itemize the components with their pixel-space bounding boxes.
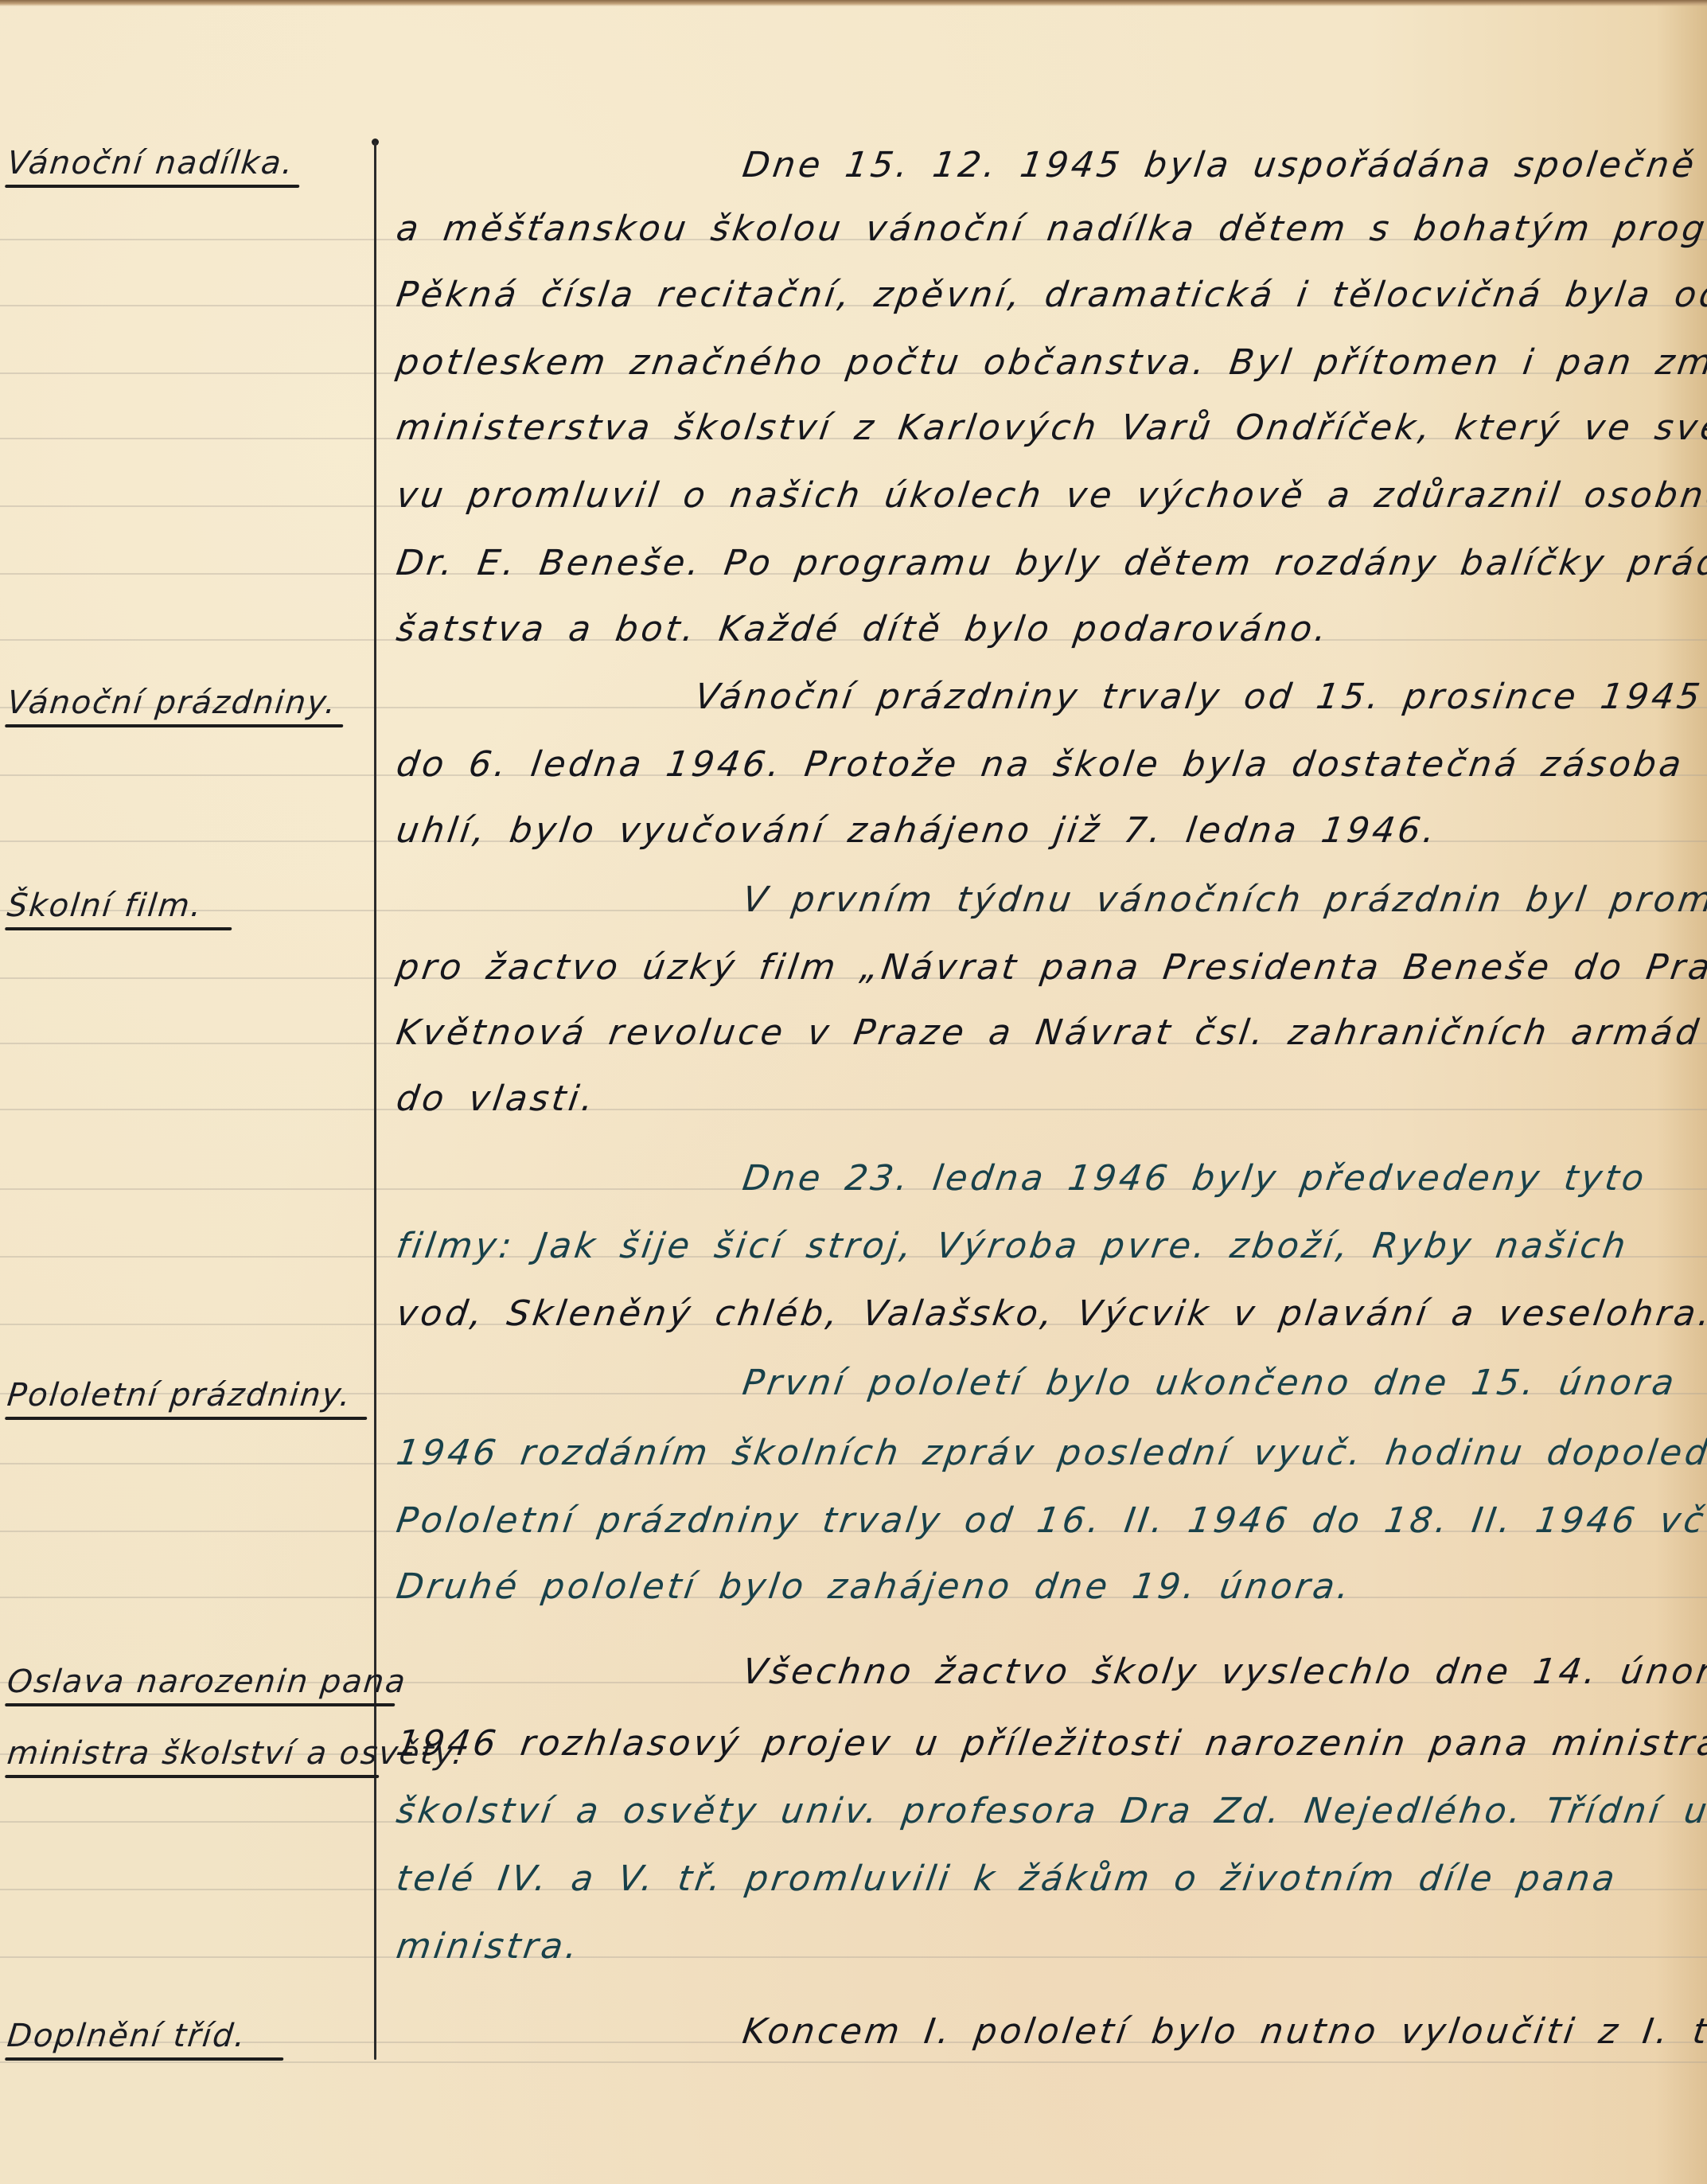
body-line: do 6. ledna 1946. Protože na škole byla … — [394, 744, 1687, 785]
ruled-line — [0, 1109, 1707, 1110]
body-line: do vlasti. — [394, 1078, 599, 1119]
body-line: školství a osvěty univ. profesora Dra Zd… — [394, 1791, 1707, 1831]
body-line: ministra. — [394, 1926, 583, 1967]
heading-minister-birthday-1: Oslava narozenin pana — [5, 1663, 408, 1706]
heading-text: Pololetní prázdniny. — [6, 1377, 353, 1414]
body-line: ministerstva školství z Karlových Varů O… — [394, 408, 1707, 448]
heading-christmas-gifts: Vánoční nadílka. — [5, 145, 304, 188]
body-line: Vánoční prázdniny trvaly od 15. prosince… — [692, 677, 1705, 717]
heading-underline — [5, 1775, 379, 1778]
heading-class-completion: Doplnění tříd. — [5, 2018, 288, 2061]
body-line: a měšťanskou školou vánoční nadílka děte… — [394, 209, 1707, 249]
body-line: vu promluvil o našich úkolech ve výchově… — [394, 475, 1707, 516]
heading-underline — [5, 2057, 283, 2061]
heading-semester-holidays: Pololetní prázdniny. — [5, 1377, 372, 1420]
heading-underline — [5, 724, 343, 727]
body-line: filmy: Jak šije šicí stroj, Výroba pvre.… — [394, 1226, 1631, 1266]
body-line: uhlí, bylo vyučování zahájeno již 7. led… — [394, 810, 1440, 851]
body-line: První pololetí bylo ukončeno dne 15. úno… — [740, 1363, 1680, 1403]
body-line: Dne 15. 12. 1945 byla uspořádána společn… — [740, 145, 1707, 185]
body-line: 1946 rozhlasový projev u příležitosti na… — [394, 1723, 1707, 1764]
body-line: Druhé pololetí bylo zahájeno dne 19. úno… — [394, 1566, 1354, 1607]
body-line: šatstva a bot. Každé dítě bylo podarován… — [394, 609, 1332, 649]
heading-text: Školní film. — [6, 887, 205, 924]
body-line: Pololetní prázdniny trvaly od 16. II. 19… — [394, 1500, 1707, 1541]
heading-text: Vánoční prázdniny. — [6, 684, 339, 721]
body-line: V prvním týdnu vánočních prázdnin byl pr… — [740, 879, 1707, 920]
page-top-edge — [0, 0, 1707, 6]
heading-underline — [5, 1417, 367, 1420]
heading-text: Vánoční nadílka. — [6, 145, 296, 181]
ruled-line — [0, 1956, 1707, 1958]
ruled-line — [0, 2061, 1707, 2063]
body-line: vod, Skleněný chléb, Valašsko, Výcvik v … — [394, 1293, 1707, 1334]
body-line: Pěkná čísla recitační, zpěvní, dramatick… — [394, 275, 1707, 315]
heading-christmas-holidays: Vánoční prázdniny. — [5, 684, 348, 727]
heading-underline — [5, 927, 232, 930]
heading-text: Oslava narozenin pana — [6, 1663, 408, 1700]
body-line: Všechno žactvo školy vyslechlo dne 14. ú… — [740, 1652, 1707, 1692]
heading-text: Doplnění tříd. — [6, 2018, 248, 2054]
heading-underline — [5, 1703, 395, 1706]
body-line: 1946 rozdáním školních zpráv poslední vy… — [394, 1433, 1707, 1473]
body-line: pro žactvo úzký film „Návrat pana Presid… — [394, 947, 1707, 988]
body-line: Dr. E. Beneše. Po programu byly dětem ro… — [394, 543, 1707, 583]
heading-underline — [5, 185, 299, 188]
body-line: Dne 23. ledna 1946 byly předvedeny tyto — [740, 1158, 1650, 1199]
body-line: potleskem značného počtu občanstva. Byl … — [394, 342, 1707, 383]
body-line: Koncem I. pololetí bylo nutno vyloučiti … — [740, 2011, 1707, 2052]
body-line: Květnová revoluce v Praze a Návrat čsl. … — [394, 1012, 1704, 1053]
heading-school-film: Školní film. — [5, 887, 236, 930]
body-line: telé IV. a V. tř. promluvili k žákům o ž… — [394, 1858, 1620, 1899]
